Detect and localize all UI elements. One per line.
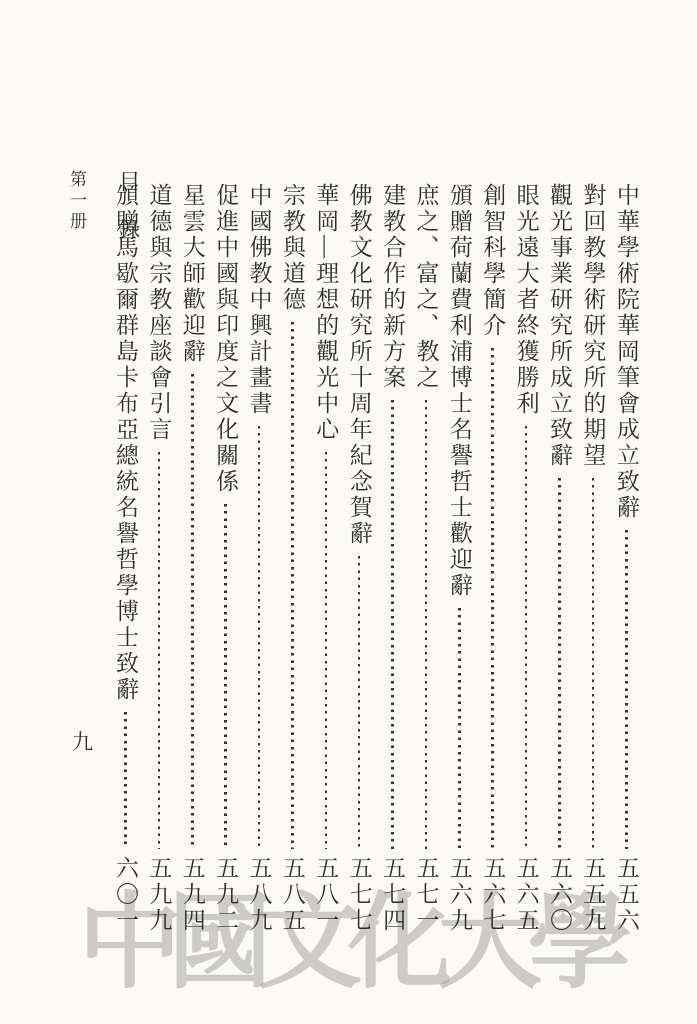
toc-entry: 中華學術院華岡筆會成立致辭五五六 — [610, 183, 643, 948]
toc-entry-title: 中國佛教中興計畫書 — [248, 183, 271, 417]
dotted-leader — [158, 452, 161, 849]
toc-entry: 宗教與道德五八五 — [276, 183, 309, 948]
dotted-leader — [458, 608, 461, 849]
toc-entry: 庶之、富之、教之五七一 — [409, 183, 442, 948]
toc-entry-page-number: 五七一 — [414, 856, 437, 948]
dotted-leader — [625, 530, 628, 849]
toc-entry-title: 宗教與道德 — [281, 183, 304, 313]
toc-entry-page-number: 五五六 — [615, 856, 638, 948]
toc-entry-title: 頒贈荷蘭費利浦博士名譽哲士歡迎辭 — [448, 183, 471, 599]
toc-entry: 華岡—理想的觀光中心五八一 — [309, 183, 342, 948]
toc-entry-title: 道德與宗教座談會引言 — [147, 183, 170, 443]
toc-entry: 中國佛教中興計畫書五八九 — [242, 183, 275, 948]
toc-entry: 頒贈馬歇爾群島卡布亞總統名譽哲學博士致辭六〇一 — [109, 183, 142, 948]
toc-entry-title: 眼光遠大者終獲勝利 — [515, 183, 538, 417]
toc-entry-page-number: 五六七 — [481, 856, 504, 948]
dotted-leader — [592, 478, 595, 849]
toc-entry-title: 頒贈馬歇爾群島卡布亞總統名譽哲學博士致辭 — [114, 183, 137, 703]
toc-entry: 星雲大師歡迎辭五九四 — [176, 183, 209, 948]
toc-entry-page-number: 五六〇 — [548, 856, 571, 948]
toc-entry-title: 建教合作的新方案 — [381, 183, 404, 391]
toc-entry-page-number: 五八九 — [248, 856, 271, 948]
toc-entry-page-number: 六〇一 — [114, 856, 137, 948]
toc-entry: 建教合作的新方案五七四 — [376, 183, 409, 948]
dotted-leader — [191, 374, 194, 849]
dotted-leader — [325, 452, 328, 849]
toc-list: 中華學術院華岡筆會成立致辭五五六對回教學術研究所的期望五五九觀光事業研究所成立致… — [109, 183, 643, 948]
toc-entry-page-number: 五九四 — [181, 856, 204, 948]
toc-entry: 道德與宗教座談會引言五九九 — [142, 183, 175, 948]
dotted-leader — [391, 400, 394, 849]
dotted-leader — [558, 478, 561, 849]
dotted-leader — [224, 504, 227, 849]
toc-entry-title: 華岡—理想的觀光中心 — [314, 183, 337, 443]
toc-entry: 對回教學術研究所的期望五五九 — [576, 183, 609, 948]
folio-page-number: 九 — [72, 726, 93, 756]
toc-entry-title: 中華學術院華岡筆會成立致辭 — [615, 183, 638, 521]
dotted-leader — [491, 348, 494, 849]
toc-entry-page-number: 五八一 — [314, 856, 337, 948]
toc-entry: 眼光遠大者終獲勝利五六五 — [509, 183, 542, 948]
dotted-leader — [124, 712, 127, 849]
toc-entry: 促進中國與印度之文化關係五九二 — [209, 183, 242, 948]
toc-entry-page-number: 五八五 — [281, 856, 304, 948]
toc-entry-page-number: 五五九 — [581, 856, 604, 948]
toc-entry-page-number: 五九二 — [214, 856, 237, 948]
toc-entry-page-number: 五七七 — [348, 856, 371, 948]
toc-header-volume: 第一册 — [64, 170, 89, 266]
toc-entry-page-number: 五六九 — [448, 856, 471, 948]
toc-entry-title: 星雲大師歡迎辭 — [181, 183, 204, 365]
dotted-leader — [525, 426, 528, 849]
dotted-leader — [425, 400, 428, 849]
toc-entry-title: 對回教學術研究所的期望 — [581, 183, 604, 469]
toc-entry: 創智科學簡介五六七 — [476, 183, 509, 948]
toc-entry-title: 庶之、富之、教之 — [414, 183, 437, 391]
toc-entry: 觀光事業研究所成立致辭五六〇 — [543, 183, 576, 948]
toc-entry-title: 促進中國與印度之文化關係 — [214, 183, 237, 495]
dotted-leader — [358, 556, 361, 849]
toc-entry-page-number: 五九九 — [147, 856, 170, 948]
book-page: 中國文化大學 目錄 第一册 九 中華學術院華岡筆會成立致辭五五六對回教學術研究所… — [0, 0, 697, 1024]
toc-entry-page-number: 五七四 — [381, 856, 404, 948]
toc-entry: 佛教文化研究所十周年紀念賀辭五七七 — [342, 183, 375, 948]
toc-entry-title: 佛教文化研究所十周年紀念賀辭 — [348, 183, 371, 547]
dotted-leader — [291, 322, 294, 849]
toc-entry-title: 觀光事業研究所成立致辭 — [548, 183, 571, 469]
toc-entry-page-number: 五六五 — [515, 856, 538, 948]
toc-entry-title: 創智科學簡介 — [481, 183, 504, 339]
dotted-leader — [258, 426, 261, 849]
toc-entry: 頒贈荷蘭費利浦博士名譽哲士歡迎辭五六九 — [443, 183, 476, 948]
